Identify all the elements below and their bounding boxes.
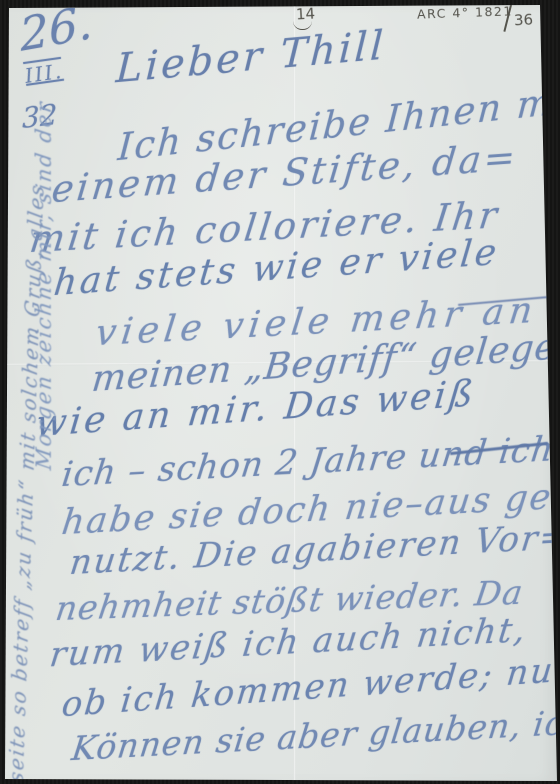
archive-number: 36 xyxy=(514,11,534,30)
salutation: Lieber Thill xyxy=(115,22,387,92)
archive-mark: ARC 4° 1821 xyxy=(417,3,513,21)
date-month: III. xyxy=(23,59,64,88)
letter-paper: 14 ARC 4° 1821 36 26. III. 32 Lieber Thi… xyxy=(0,0,560,784)
margin-note-outer: seite so betreff „zu früh“ mit solchem G… xyxy=(4,235,47,784)
date-day: 26. xyxy=(18,0,94,62)
scan-backdrop: 14 ARC 4° 1821 36 26. III. 32 Lieber Thi… xyxy=(0,0,560,784)
